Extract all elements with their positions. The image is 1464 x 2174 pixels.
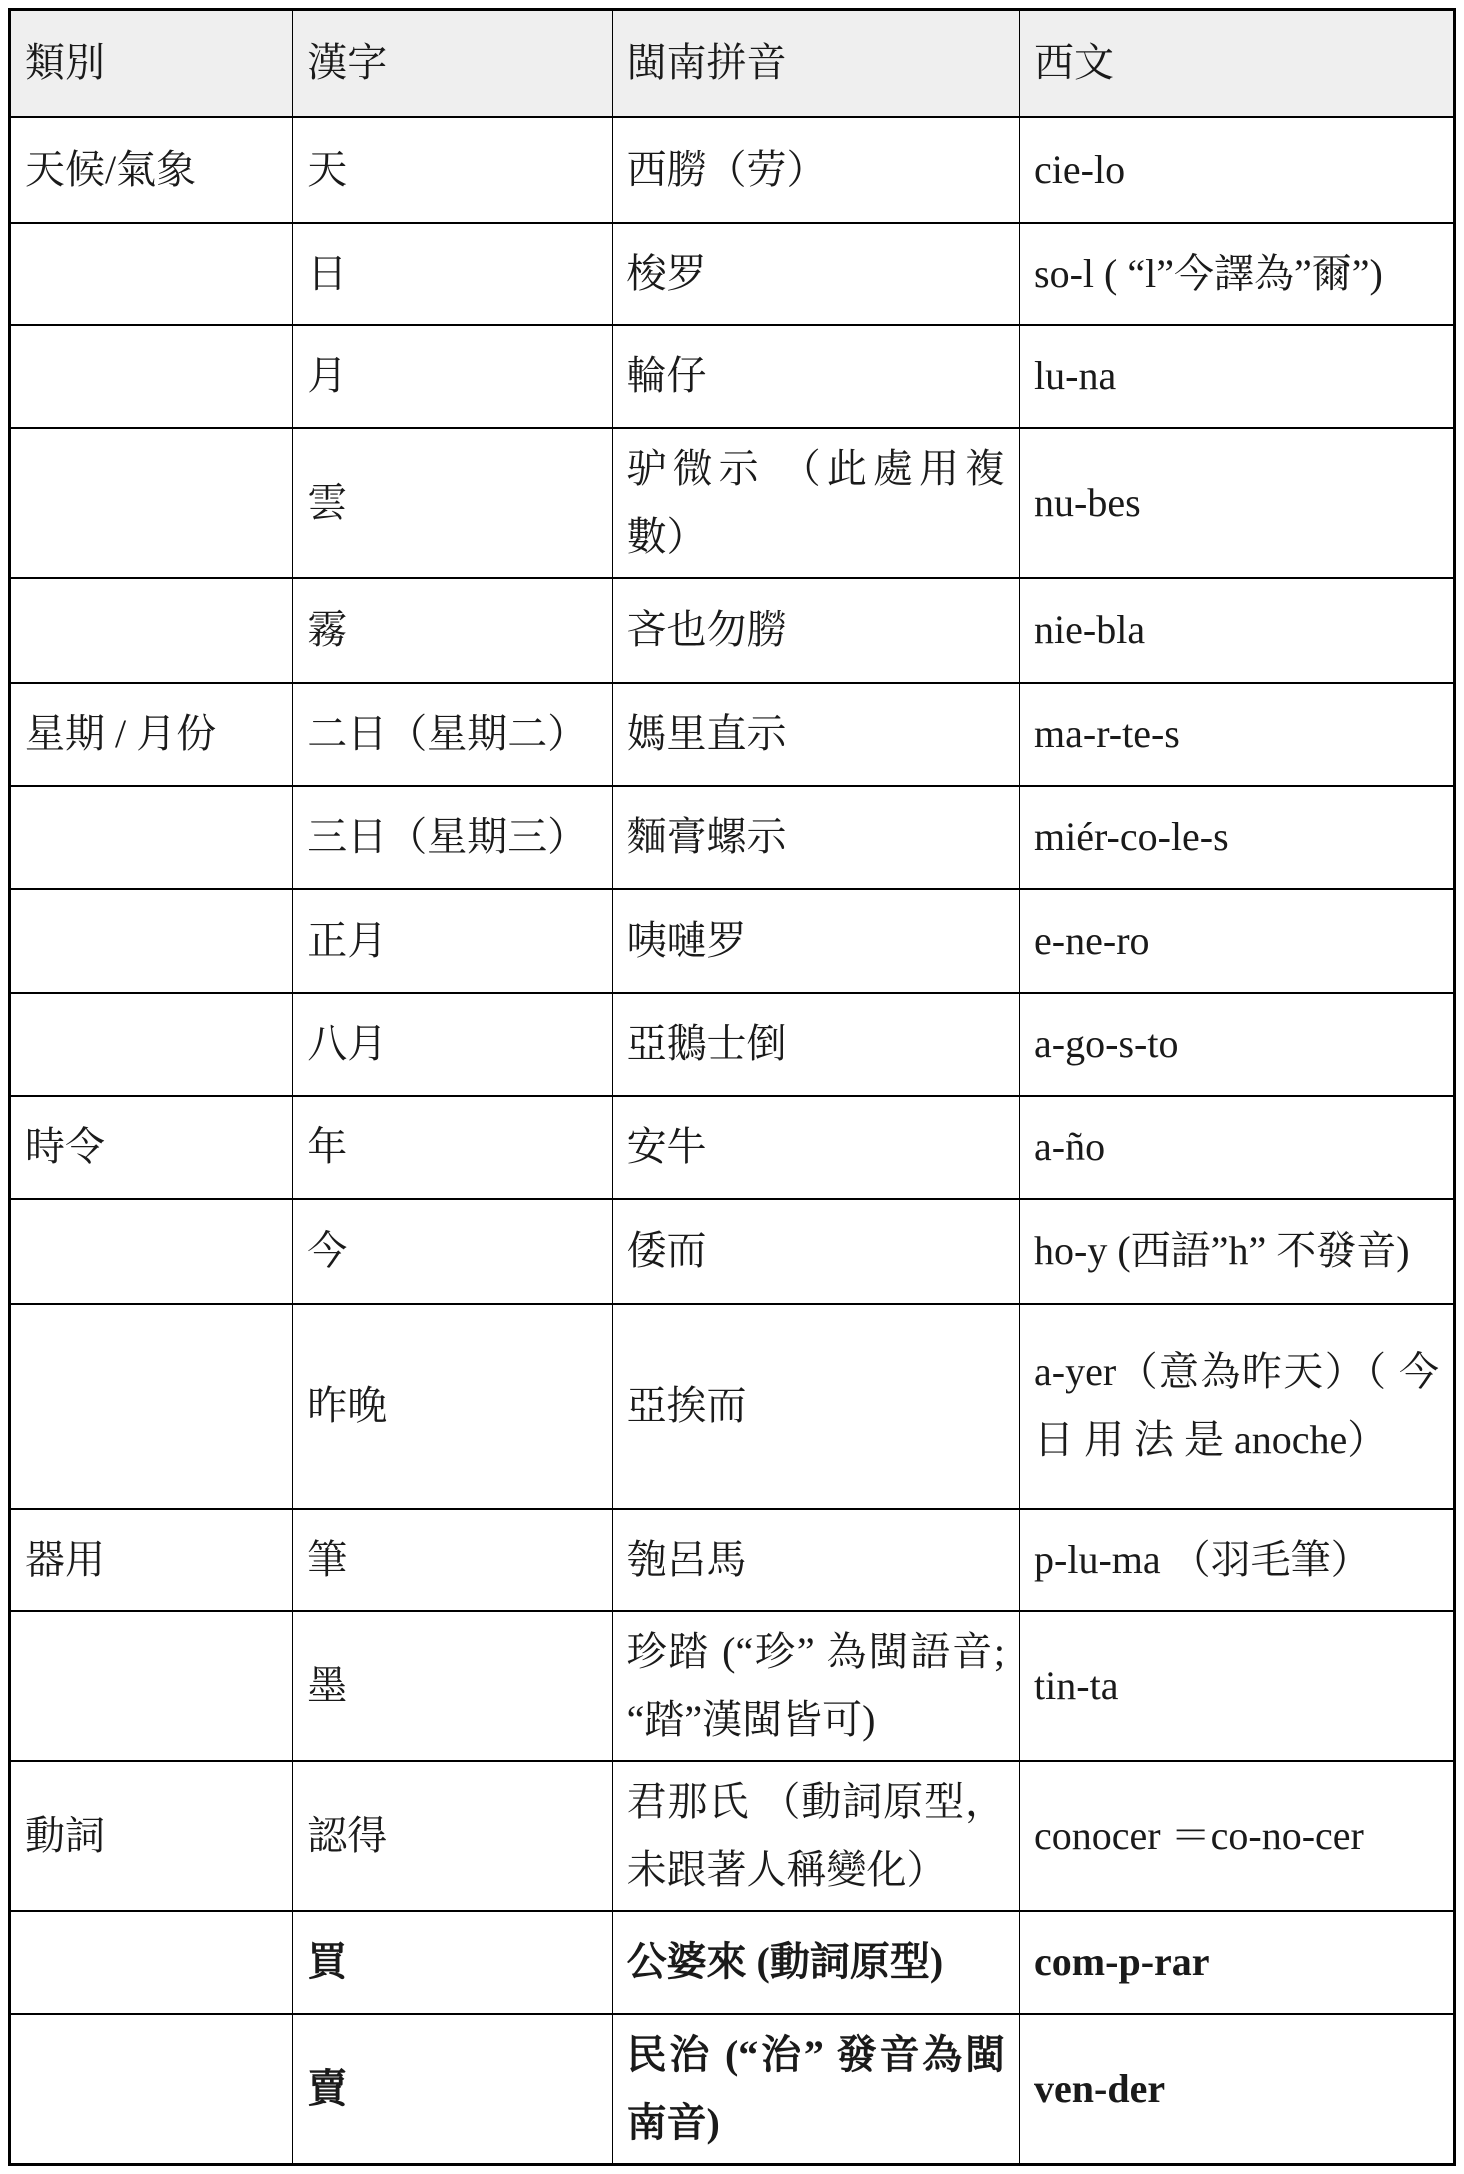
table-row: 日 梭罗 so-l ( “l”今譯為”爾”) <box>10 223 1455 325</box>
cell-minnan: 倭而 <box>612 1199 1019 1304</box>
cell-category <box>10 1911 293 2014</box>
cell-hanzi: 霧 <box>293 578 612 683</box>
cell-minnan: 匏呂馬 <box>612 1509 1019 1611</box>
cell-category <box>10 1611 293 1761</box>
cell-hanzi: 買 <box>293 1911 612 2014</box>
cell-western: lu-na <box>1020 325 1455 428</box>
cell-minnan: 民治 (“治” 發音為閩南音) <box>612 2014 1019 2165</box>
cell-western: a-ño <box>1020 1096 1455 1199</box>
cell-minnan: 公婆來 (動詞原型) <box>612 1911 1019 2014</box>
cell-minnan: 亞鵝士倒 <box>612 993 1019 1096</box>
table-row: 星期 / 月份 二日（星期二） 媽里直示 ma-r-te-s <box>10 683 1455 786</box>
cell-category <box>10 1304 293 1509</box>
cell-western: ma-r-te-s <box>1020 683 1455 786</box>
glossary-table: 類別 漢字 閩南拼音 西文 天候/氣象 天 西朥（劳） cie-lo 日 梭罗 … <box>8 8 1456 2166</box>
cell-category <box>10 889 293 993</box>
cell-western: com-p-rar <box>1020 1911 1455 2014</box>
cell-minnan: 西朥（劳） <box>612 117 1019 223</box>
cell-hanzi: 筆 <box>293 1509 612 1611</box>
table-row: 霧 吝也勿朥 nie-bla <box>10 578 1455 683</box>
table-row: 墨 珍踏 (“珍” 為閩語音; “踏”漢閩皆可) tin-ta <box>10 1611 1455 1761</box>
table-row: 賣 民治 (“治” 發音為閩南音) ven-der <box>10 2014 1455 2165</box>
cell-minnan: 梭罗 <box>612 223 1019 325</box>
cell-category: 動詞 <box>10 1761 293 1911</box>
cell-western: so-l ( “l”今譯為”爾”) <box>1020 223 1455 325</box>
table-row: 三日（星期三） 麵膏螺示 miér-co-le-s <box>10 786 1455 889</box>
cell-minnan: 吝也勿朥 <box>612 578 1019 683</box>
cell-minnan: 安牛 <box>612 1096 1019 1199</box>
header-minnan: 閩南拼音 <box>612 10 1019 117</box>
cell-minnan: 麵膏螺示 <box>612 786 1019 889</box>
cell-hanzi: 八月 <box>293 993 612 1096</box>
cell-western: miér-co-le-s <box>1020 786 1455 889</box>
table-row: 動詞 認得 君那氏 （動詞原型，未跟著人稱變化） conocer ＝co-no-… <box>10 1761 1455 1911</box>
table-row: 買 公婆來 (動詞原型) com-p-rar <box>10 1911 1455 2014</box>
cell-category <box>10 2014 293 2165</box>
cell-category <box>10 223 293 325</box>
cell-minnan: 咦嗹罗 <box>612 889 1019 993</box>
cell-western: e-ne-ro <box>1020 889 1455 993</box>
table-row: 時令 年 安牛 a-ño <box>10 1096 1455 1199</box>
header-category: 類別 <box>10 10 293 117</box>
cell-western: conocer ＝co-no-cer <box>1020 1761 1455 1911</box>
table-row: 天候/氣象 天 西朥（劳） cie-lo <box>10 117 1455 223</box>
cell-hanzi: 年 <box>293 1096 612 1199</box>
cell-category: 器用 <box>10 1509 293 1611</box>
header-hanzi: 漢字 <box>293 10 612 117</box>
cell-hanzi: 正月 <box>293 889 612 993</box>
cell-hanzi: 月 <box>293 325 612 428</box>
cell-hanzi: 天 <box>293 117 612 223</box>
cell-category <box>10 1199 293 1304</box>
cell-hanzi: 昨晚 <box>293 1304 612 1509</box>
header-row: 類別 漢字 閩南拼音 西文 <box>10 10 1455 117</box>
cell-hanzi: 認得 <box>293 1761 612 1911</box>
cell-western: cie-lo <box>1020 117 1455 223</box>
cell-minnan: 輪仔 <box>612 325 1019 428</box>
cell-category <box>10 325 293 428</box>
cell-minnan: 媽里直示 <box>612 683 1019 786</box>
cell-hanzi: 二日（星期二） <box>293 683 612 786</box>
table-row: 器用 筆 匏呂馬 p-lu-ma （羽毛筆） <box>10 1509 1455 1611</box>
cell-category: 天候/氣象 <box>10 117 293 223</box>
cell-western: a-go-s-to <box>1020 993 1455 1096</box>
cell-western: ven-der <box>1020 2014 1455 2165</box>
cell-category <box>10 786 293 889</box>
cell-hanzi: 日 <box>293 223 612 325</box>
table-row: 雲 驴微示 （此處用複數） nu-bes <box>10 428 1455 578</box>
cell-hanzi: 今 <box>293 1199 612 1304</box>
cell-category <box>10 428 293 578</box>
cell-hanzi: 雲 <box>293 428 612 578</box>
cell-hanzi: 墨 <box>293 1611 612 1761</box>
table-row: 八月 亞鵝士倒 a-go-s-to <box>10 993 1455 1096</box>
table-row: 月 輪仔 lu-na <box>10 325 1455 428</box>
cell-western: nie-bla <box>1020 578 1455 683</box>
cell-category <box>10 993 293 1096</box>
cell-minnan: 珍踏 (“珍” 為閩語音; “踏”漢閩皆可) <box>612 1611 1019 1761</box>
cell-western: a-yer（意為昨天）（ 今 日 用 法 是 anoche） <box>1020 1304 1455 1509</box>
cell-western: p-lu-ma （羽毛筆） <box>1020 1509 1455 1611</box>
cell-hanzi: 三日（星期三） <box>293 786 612 889</box>
table-row: 今 倭而 ho-y (西語”h” 不發音) <box>10 1199 1455 1304</box>
cell-minnan: 亞挨而 <box>612 1304 1019 1509</box>
cell-minnan: 君那氏 （動詞原型，未跟著人稱變化） <box>612 1761 1019 1911</box>
cell-western: ho-y (西語”h” 不發音) <box>1020 1199 1455 1304</box>
cell-category: 星期 / 月份 <box>10 683 293 786</box>
cell-category <box>10 578 293 683</box>
header-western: 西文 <box>1020 10 1455 117</box>
cell-minnan: 驴微示 （此處用複數） <box>612 428 1019 578</box>
cell-hanzi: 賣 <box>293 2014 612 2165</box>
cell-category: 時令 <box>10 1096 293 1199</box>
cell-western: tin-ta <box>1020 1611 1455 1761</box>
cell-western: nu-bes <box>1020 428 1455 578</box>
table-row: 正月 咦嗹罗 e-ne-ro <box>10 889 1455 993</box>
document-page: 類別 漢字 閩南拼音 西文 天候/氣象 天 西朥（劳） cie-lo 日 梭罗 … <box>0 0 1464 2174</box>
table-row: 昨晚 亞挨而 a-yer（意為昨天）（ 今 日 用 法 是 anoche） <box>10 1304 1455 1509</box>
